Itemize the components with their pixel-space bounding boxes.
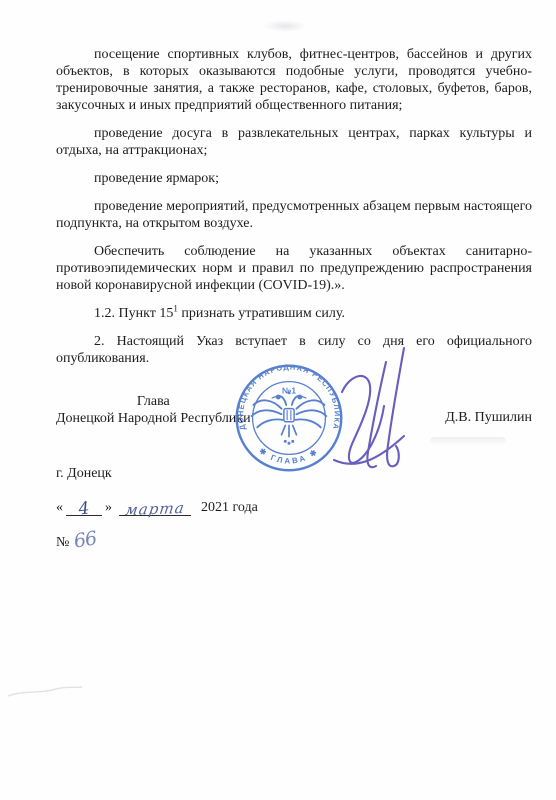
seal-bottom-textpath: ✱ ГЛАВА ✱ <box>257 446 320 465</box>
eagle-crown-dot <box>288 391 291 394</box>
eagle-left-wing-3 <box>257 419 282 427</box>
signer-position-line1: Глава <box>56 393 251 410</box>
seal-number-one: №1 <box>282 386 296 396</box>
pen-signature <box>320 340 422 487</box>
eagle-left-head <box>276 395 281 400</box>
eagle-left-wing-1 <box>254 400 282 408</box>
date-open-quote: « <box>56 499 63 516</box>
seal-bottom-text: ✱ ГЛАВА ✱ <box>257 446 320 465</box>
date-line: « 4 » марта 2021 года <box>56 499 532 516</box>
seal-ornament-dot-1 <box>284 440 287 443</box>
date-close-quote: » <box>105 499 112 516</box>
document-number-line: №66 <box>56 532 532 551</box>
signature-stroke-3 <box>342 376 384 463</box>
clause-1-2-suffix: признать утратившим силу. <box>178 306 345 321</box>
handwritten-month: марта <box>118 500 193 520</box>
signer-position-line2: Донецкой Народной Республики <box>56 410 251 427</box>
paragraph-open-air-events: проведение мероприятий, предусмотренных … <box>56 198 532 232</box>
paper-smudge-under-name <box>430 437 506 445</box>
signer-name: Д.В. Пушилин <box>445 409 532 427</box>
eagle-shield <box>284 409 294 422</box>
scanned-decree-page: посещение спортивных клубов, фитнес-цент… <box>0 0 556 800</box>
paragraph-sports-venues: посещение спортивных клубов, фитнес-цент… <box>56 46 532 114</box>
double-headed-eagle-emblem <box>252 391 327 444</box>
seal-ornament-dot-3 <box>291 440 294 443</box>
paragraph-leisure-centers: проведение досуга в развлекательных цент… <box>56 125 532 159</box>
clause-1-2: 1.2. Пункт 151 признать утратившим силу. <box>56 305 532 322</box>
paper-crease-left <box>6 684 84 698</box>
eagle-tail <box>282 425 297 436</box>
date-month-blank: марта <box>119 500 191 516</box>
document-body: посещение спортивных клубов, фитнес-цент… <box>56 46 532 551</box>
seal-ornament-dot-2 <box>288 442 291 445</box>
handwritten-number: 66 <box>73 530 98 550</box>
signer-position: Глава Донецкой Народной Республики <box>56 393 251 427</box>
handwritten-day: 4 <box>65 499 103 520</box>
paper-crease-top <box>263 20 307 32</box>
eagle-right-beak <box>302 397 306 398</box>
eagle-left-beak <box>272 397 276 398</box>
date-year: 2021 года <box>201 499 258 516</box>
paragraph-sanitary-rules: Обеспечить соблюдение на указанных объек… <box>56 243 532 294</box>
eagle-left-wing-2 <box>252 410 282 416</box>
eagle-right-head <box>297 395 302 400</box>
clause-1-2-prefix: 1.2. Пункт 15 <box>94 306 173 321</box>
eagle-right-wing-3 <box>296 419 321 427</box>
number-sign-label: № <box>56 535 69 550</box>
date-day-blank: 4 <box>66 500 102 516</box>
crease-line <box>8 687 82 696</box>
eagle-shield-stripes <box>287 411 291 420</box>
paragraph-fairs: проведение ярмарок; <box>56 170 532 187</box>
